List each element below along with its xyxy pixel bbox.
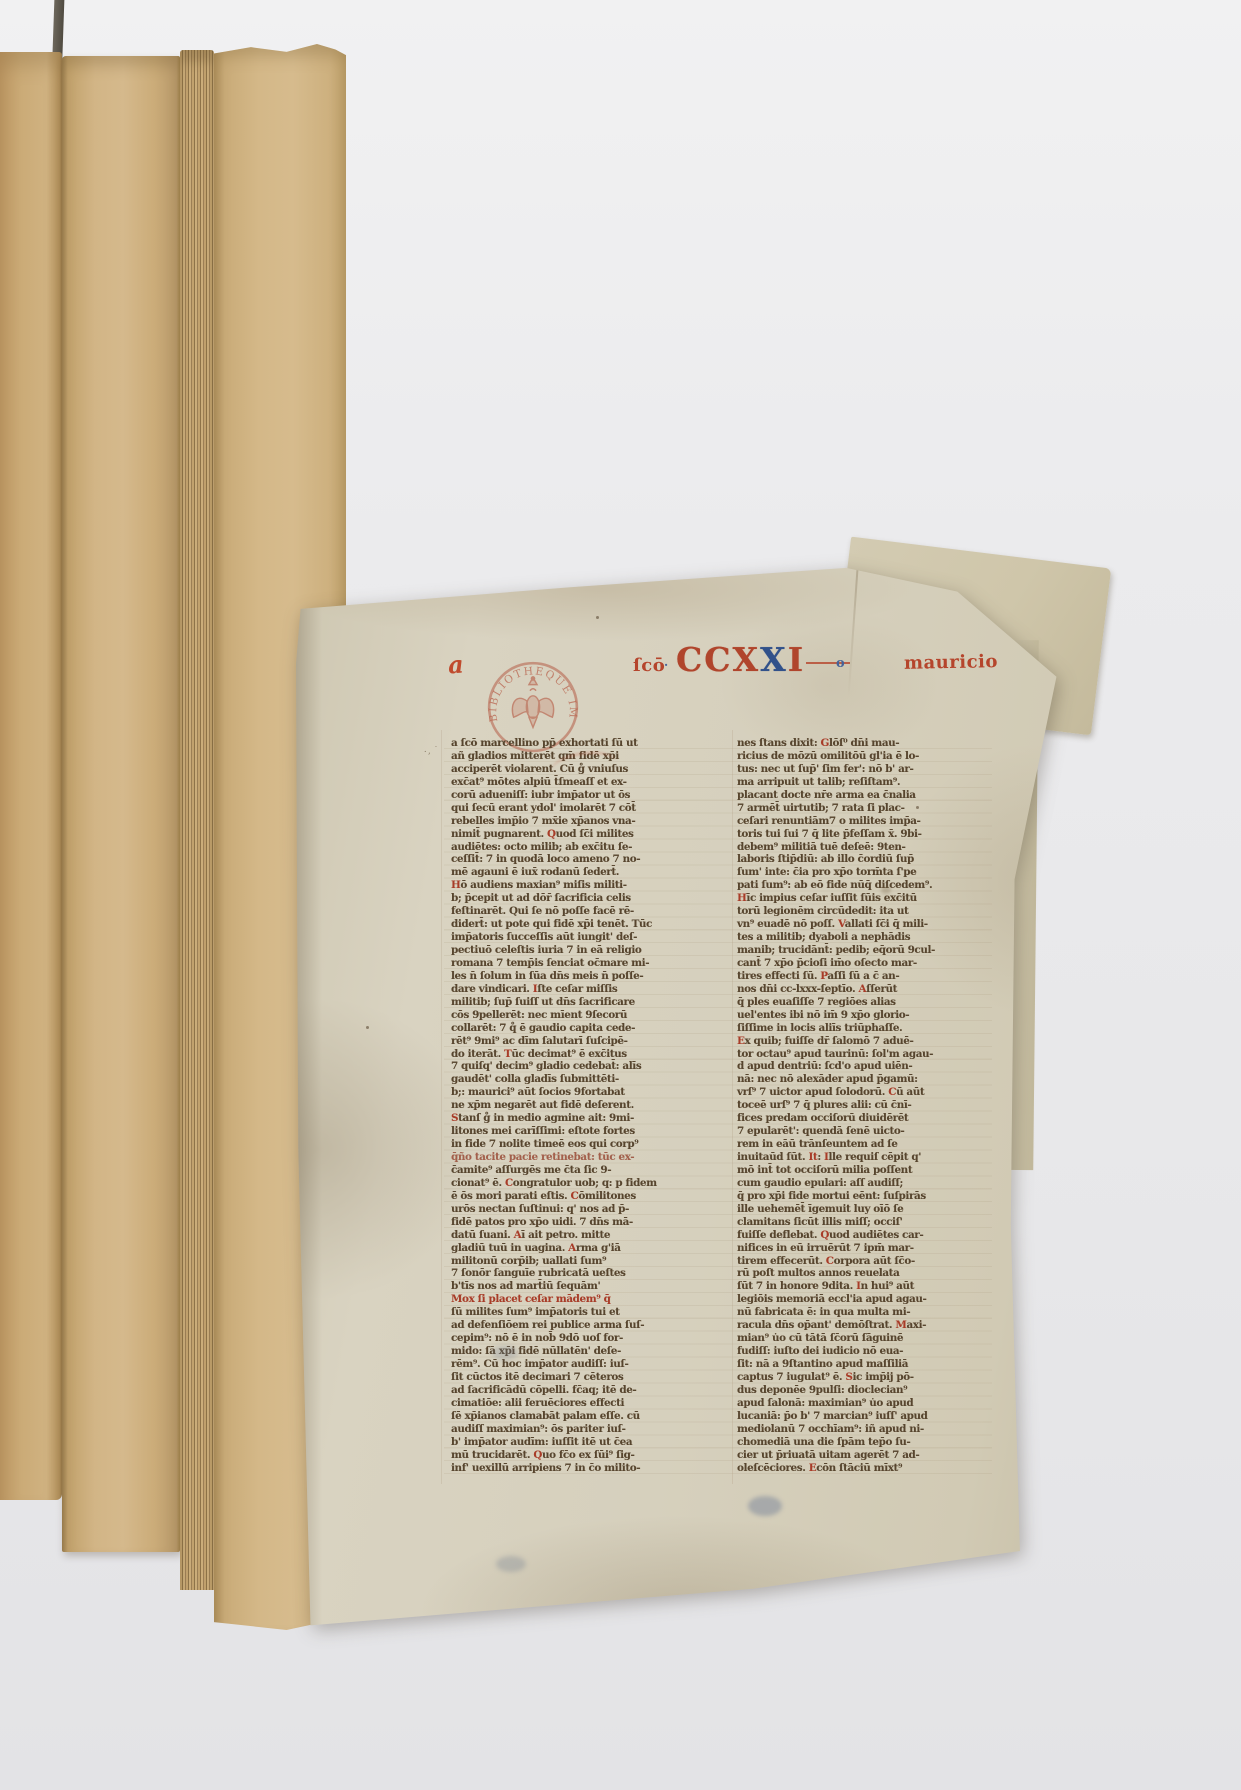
text-line: qui ſecū erant ydol' imolarēt 7 cōt̄ — [451, 802, 723, 815]
folded-leaf-left — [0, 52, 62, 1500]
text-line: urōs nectan ſuſtinui: q' nos ad p̄- — [451, 1203, 723, 1216]
text-line: b;: maurici⁹ aūt ſocios 9fortabat — [451, 1086, 723, 1099]
text-line: nimit̄ pugnarent. Quod ſc̄i milites — [451, 828, 723, 841]
text-line: audiſſ maximian⁹: ōs pariter iuſ- — [451, 1423, 723, 1436]
text-line: nes ſtans dixit: Glōſ⁰ dn̄i mau- — [737, 737, 1009, 750]
text-column-1: a ſcō marcellino pp̄ exhortati ſū utañ g… — [451, 737, 723, 1474]
text-column-2: nes ſtans dixit: Glōſ⁰ dn̄i mau-ricius d… — [737, 737, 1009, 1474]
text-line: rem in eāū trānſeuntem ad ſe — [737, 1138, 1009, 1151]
text-line: a ſcō marcellino pp̄ exhortati ſū ut — [451, 737, 723, 750]
text-line: apud ſalonā: maximian⁹ u̇o apud — [737, 1397, 1009, 1410]
text-line: gladiū tuū in uagina. Arma g'iā — [451, 1242, 723, 1255]
chapter-numeral: CCXXI — [676, 640, 805, 679]
text-line: 7 armēt̄ uirtutib; 7 rata ſi plac- — [737, 802, 1009, 815]
text-line: ſit cūctos itē decimari 7 cēteros — [451, 1371, 723, 1384]
text-line: cepim⁹: nō ē in nob̄ 9dō uoſ for- — [451, 1332, 723, 1345]
text-line: legiōis memoriā eccl'ia apud agau- — [737, 1293, 1009, 1306]
text-line: rū poſt multos annos reuelata — [737, 1267, 1009, 1280]
text-line: dare vindicari. Iſte ceſar miſſis — [451, 983, 723, 996]
numeral-letter: I — [788, 640, 805, 679]
numeral-letter: C — [704, 640, 732, 679]
text-line: militib; ſup̄ ſuiſſ ut dn̄s ſacrificare — [451, 996, 723, 1009]
text-line: ſūt 7 in honore 9dita. In hui⁹ aūt — [737, 1280, 1009, 1293]
numeral-letter: X — [760, 640, 788, 679]
text-line: uel'entes ibi nō im̄ 9 xp̄o glorio- — [737, 1009, 1009, 1022]
text-line: q̄ ples euaſiſſe 7 regiōes alias — [737, 996, 1009, 1009]
text-line: cant̄ 7 xp̄o p̄cioſi im̄o oſecto mar- — [737, 957, 1009, 970]
text-line: toceē urſ⁹ 7 q̄ plures alii: cū c̄nī- — [737, 1099, 1009, 1112]
text-line: didert̄: ut pote qui fidē xp̄i tenēt. Tū… — [451, 918, 723, 931]
text-line: 7 epularēt': quendā ſenē uicto- — [737, 1125, 1009, 1138]
text-line: ceſari renuntiām7 o milites imp̄a- — [737, 815, 1009, 828]
text-line: pati ſum⁹: ab eō fide nūq̄ diſcedem⁹. — [737, 879, 1009, 892]
text-line: corū adueniſſ: iubr imp̄ator ut ōs — [451, 789, 723, 802]
text-line: ad defenſiōem rei publice arma ſuſ- — [451, 1319, 723, 1332]
ink-smudge — [748, 1496, 782, 1516]
text-line: romana 7 temp̄is ſenciat oc̄mare mi- — [451, 957, 723, 970]
text-line: in fide 7 nolite timeē eos qui corp⁹ — [451, 1138, 723, 1151]
text-line: fuiſſe deflebat. Quod audiētes car- — [737, 1229, 1009, 1242]
text-line: b; p̄cepit ut ad dōr̄ ſacrificia celis — [451, 892, 723, 905]
text-line: ad ſacrificādū cōpelli. fc̄aq; itē de- — [451, 1384, 723, 1397]
text-line: Mox ſi placet ceſar mādem⁹ q̄ — [451, 1293, 723, 1306]
text-line: mian⁹ u̇o cū tātā ſc̄orū ſāguinē — [737, 1332, 1009, 1345]
text-line: cum gaudio epulari: aſſ audiſſ; — [737, 1177, 1009, 1190]
text-line: fices predam occiſorū diuidērēt — [737, 1112, 1009, 1125]
text-line: 7 ſonōr ſanguīe rubricatā ueſtes — [451, 1267, 723, 1280]
text-line: dus deponēe 9pulſi: dioclecian⁹ — [737, 1384, 1009, 1397]
speck — [366, 1026, 369, 1029]
numeral-letter: X — [733, 640, 761, 679]
text-line: fudiſſ: iuſto dei iudicio nō eua- — [737, 1345, 1009, 1358]
text-line: 7 quiſq' decim⁹ gladio cedebat̄: alīs — [451, 1060, 723, 1073]
running-title-left: ſcō — [633, 655, 665, 676]
text-line: ſū milites ſum⁹ imp̄atoris tui et — [451, 1306, 723, 1319]
text-line: tes a militib; dyaboli a nephādis — [737, 931, 1009, 944]
text-line: fidē patos pro xp̄o uidi. 7 dn̄s mā- — [451, 1216, 723, 1229]
text-line: Hīc impius ceſar iuſſit ſūis exc̄itū — [737, 892, 1009, 905]
text-line: c̄amite⁹ aſſurgēs me c̄ta ſic 9- — [451, 1164, 723, 1177]
text-line: mū trucidarēt. Quo fc̄o ex ſūi⁹ ſig- — [451, 1449, 723, 1462]
text-line: mē agauni ē iux̄ rodanū ſedert̄. — [451, 866, 723, 879]
text-line: audiētes: octo milib; ab exc̄itu ſe- — [451, 841, 723, 854]
text-line: chomediā una die ſpām tep̄o ſu- — [737, 1436, 1009, 1449]
speck — [916, 806, 919, 809]
text-line: tor octau⁹ apud taurinū: ſol'm agau- — [737, 1048, 1009, 1061]
text-line: nā: nec nō alexāder apud p̄gamū: — [737, 1073, 1009, 1086]
text-line: ſit: nā a 9ſtantino apud maſſiliā — [737, 1358, 1009, 1371]
speck — [596, 616, 599, 619]
text-line: ceſſit̄: 7 in quodā loco ameno 7 no- — [451, 853, 723, 866]
text-line: cionat⁹ ē. Congratulor uob; q: p fidem — [451, 1177, 723, 1190]
ink-smudge — [496, 1556, 526, 1572]
text-line: clamitans ſicūt illis miſſ; occiſ' — [737, 1216, 1009, 1229]
text-line: lucaniā: p̄o b' 7 marcian⁹ iuſſ' apud — [737, 1410, 1009, 1423]
text-line: manib; trucidānt̄: pedib; eq̄orū 9cul- — [737, 944, 1009, 957]
text-line: ma arripuit ut talib; reſiſtam⁹. — [737, 776, 1009, 789]
folded-leaf-middle — [62, 56, 180, 1552]
text-line: rēm⁹. Cū hoc imp̄ator audiſſ: iuſ- — [451, 1358, 723, 1371]
text-line: tires effecti ſū. Paſſi ſū a c̄ an- — [737, 970, 1009, 983]
text-line: ſiſſime in locis aliīs triūphaſſe. — [737, 1022, 1009, 1035]
text-line: feſtinarēt. Qui ſe nō poſſe facē rē- — [451, 905, 723, 918]
text-line: militonū corp̄ib; uallati ſum⁹ — [451, 1255, 723, 1268]
text-line: ſē xp̄ianos clamabāt palam eſſe. cū — [451, 1410, 723, 1423]
text-line: mō int̄ tot occiſorū milia poſſent — [737, 1164, 1009, 1177]
ink-smudge — [492, 1346, 518, 1360]
text-line: collarēt: 7 q̊ ē gaudio capita cede- — [451, 1022, 723, 1035]
text-line: gaudēt' colla gladīs ſubmittēti- — [451, 1073, 723, 1086]
text-line: d apud dentriū: ſcd'o apud uiēn- — [737, 1060, 1009, 1073]
text-line: litones mei carīſſimi: eſtote fortes — [451, 1125, 723, 1138]
text-line: imp̄atoris ſucceſſis aūt iungit' deſ- — [451, 931, 723, 944]
parchment-crease — [847, 568, 858, 698]
text-line: cōs 9pellerēt: nec mīent 9ſecorū — [451, 1009, 723, 1022]
text-line: captus 7 iugulat⁹ ē. Sic imp̄ij pō- — [737, 1371, 1009, 1384]
text-line: inf' uexillū arripiens 7 in c̄o milito- — [451, 1462, 723, 1475]
marginal-marks: ·‚ ˙ — [423, 745, 440, 757]
text-line: torū legionēm circūdedit: ita ut — [737, 905, 1009, 918]
numeral-letter: C — [676, 640, 704, 679]
quire-signature: a — [447, 649, 465, 679]
text-line: laboris ſtip̄diū: ab illo c̄ordiū ſup̄ — [737, 853, 1009, 866]
text-line: nifices in eū irruērūt 7 ipm̄ mar- — [737, 1242, 1009, 1255]
photograph-backdrop: 97 a BIBLIOTHEQUE IMPERIALE ſcō — [0, 0, 1241, 1790]
imperial-eagle-icon — [512, 677, 553, 728]
paraph-mark-blue: · — [664, 658, 668, 672]
text-line: rebelles imp̄io 7 mx̄ie xp̄anos vna- — [451, 815, 723, 828]
text-line: rēt⁹ 9mi⁹ ac dīm ſalutarī ſuſcipē- — [451, 1035, 723, 1048]
text-line: oleſcēciores. Ecōn ſtāciū mīxt⁹ — [737, 1462, 1009, 1475]
text-line: mediolanū 7 occhīam⁹: iñ apud ni- — [737, 1423, 1009, 1436]
text-line: inuitaūd ſūt. It: Ille requiſ cēpit q' — [737, 1151, 1009, 1164]
text-line: b'tīs nos ad mart̄iū ſequām' — [451, 1280, 723, 1293]
text-line: q̄ño tacite pacie retinebat: tūc ex- — [451, 1151, 723, 1164]
text-line: ne xp̄m negarēt aut fidē deſerent. — [451, 1099, 723, 1112]
text-line: pectiuō celeſtis iuria 7 in eā religio — [451, 944, 723, 957]
text-line: nū fabricata ē: in qua multa mi- — [737, 1306, 1009, 1319]
text-line: tus: nec ut ſup̄' ſim fer': nō b' ar- — [737, 763, 1009, 776]
text-line: Hō audiens maxian⁹ miſis militi- — [451, 879, 723, 892]
text-line: datū ſuani. Aī ait petro. mitte — [451, 1229, 723, 1242]
manuscript-leaf: a BIBLIOTHEQUE IMPERIALE ſcō · CCXXI o m… — [296, 556, 1058, 1634]
text-line: ille uehemēt̄ īgemuit luy oīō ſe — [737, 1203, 1009, 1216]
text-line: vn⁹ euadē nō poſſ. Vallati ſc̄i q̄ mili- — [737, 918, 1009, 931]
stain-spot — [881, 886, 891, 894]
text-line: nos dn̄i cc-lxxx-ſeptīo. Aſſerūt — [737, 983, 1009, 996]
text-line: les n̄ ſolum in ſūa dn̄s meis n̄ poſſe- — [451, 970, 723, 983]
text-line: vrſ⁹ 7 uictor apud ſolodorū. Cū aūt — [737, 1086, 1009, 1099]
text-line: b' imp̄ator audīm: iuſſit itē ut c̄ea — [451, 1436, 723, 1449]
text-line: racula dn̄s op̄ant' demōſtrat. Maxi- — [737, 1319, 1009, 1332]
text-line: cimatiōe: alii feruēciores effecti — [451, 1397, 723, 1410]
text-line: Stanſ g̊ in medio agmine ait: 9mi- — [451, 1112, 723, 1125]
leaf-fore-edges — [180, 50, 214, 1590]
text-line: debem⁹ militiā tuē deſeē: 9ten- — [737, 841, 1009, 854]
text-line: placant docte nr̄e arma ea c̄nalia — [737, 789, 1009, 802]
text-line: ē ōs mori parati eſtis. Cōmilitones — [451, 1190, 723, 1203]
text-line: do iterāt. Tūc decimat⁹ ē exc̄itus — [451, 1048, 723, 1061]
text-line: ricius de mōzū omilitōū gl'ia ē lo- — [737, 750, 1009, 763]
text-line: tirem effecerūt. Corpora aūt ſc̄o- — [737, 1255, 1009, 1268]
paraph-mark-blue-o: o — [836, 656, 845, 671]
text-line: ſum' inte: c̄ia pro xp̄o torm̄ta ſ'pe — [737, 866, 1009, 879]
text-line: q̄ pro xp̄i fide mortui eēnt: ſuſpirās — [737, 1190, 1009, 1203]
text-line: cier ut p̄riuatā uitam agerēt 7 ad- — [737, 1449, 1009, 1462]
text-line: Ex quib; fuiſſe dr̄ ſalomō 7 aduē- — [737, 1035, 1009, 1048]
text-line: toris tui ſui 7 q̄ lite p̄feſſam x̄. 9bi… — [737, 828, 1009, 841]
running-title-right: mauricio — [904, 651, 998, 674]
